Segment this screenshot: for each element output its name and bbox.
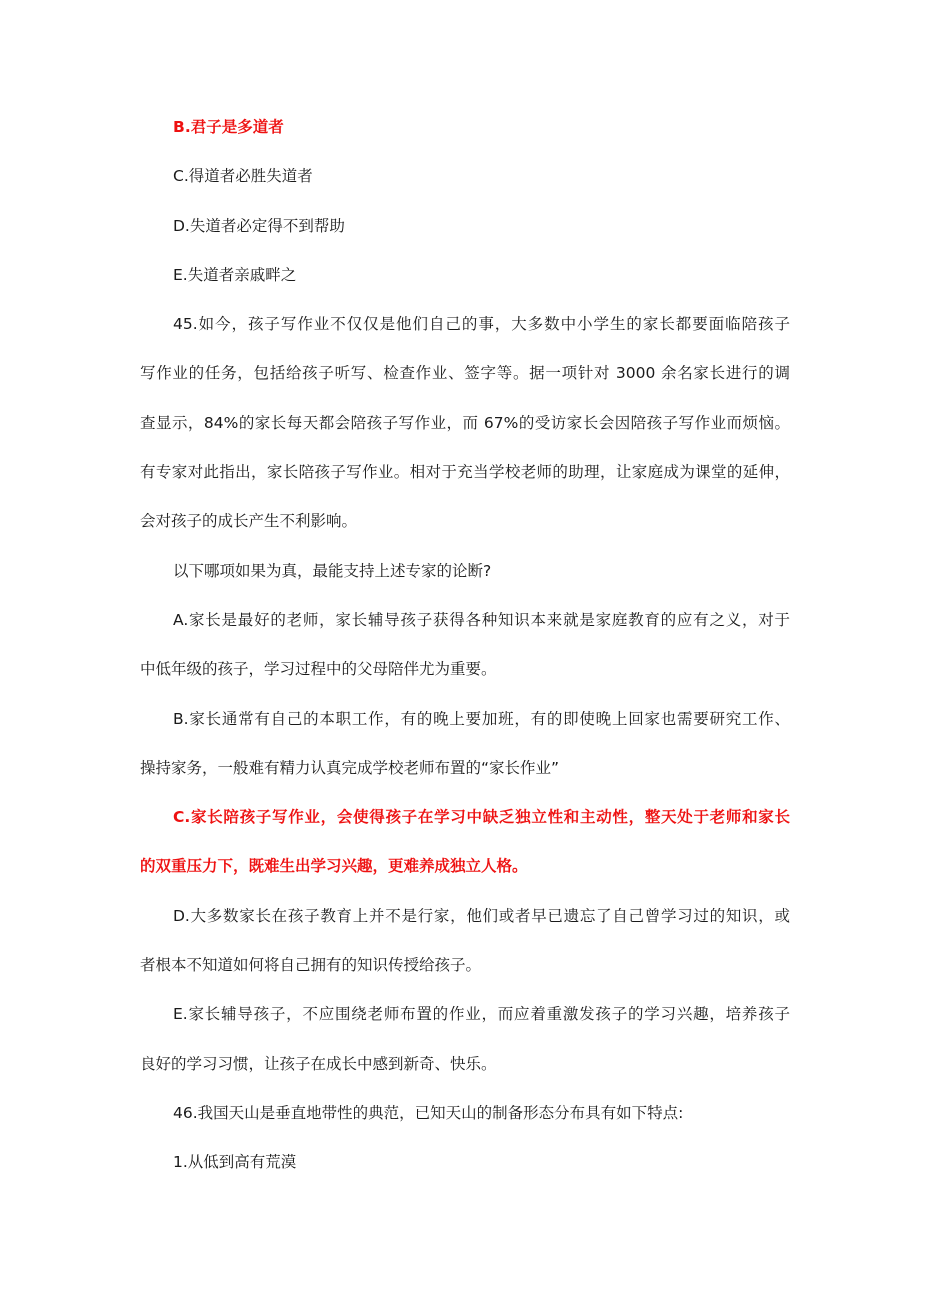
document-page: B.君子是多道者 C.得道者必胜失道者 D.失道者必定得不到帮助 E.失道者亲戚… (140, 103, 790, 1188)
q45-option-b-line-2: 操持家务，一般难有精力认真完成学校老师布置的“家长作业” (140, 744, 790, 793)
q45-option-a-line-2: 中低年级的孩子，学习过程中的父母陪伴尤为重要。 (140, 645, 790, 694)
q45-stem-line-2: 写作业的任务，包括给孩子听写、检查作业、签字等。据一项针对 3000 余名家长进… (140, 349, 790, 398)
q44-option-e: E.失道者亲戚畔之 (140, 251, 790, 300)
q45-option-e-line-1: E.家长辅导孩子，不应围绕老师布置的作业，而应着重激发孩子的学习兴趣，培养孩子 (140, 990, 790, 1039)
q44-option-b-correct: B.君子是多道者 (140, 103, 790, 152)
q46-stem: 46.我国天山是垂直地带性的典范，已知天山的制备形态分布具有如下特点: (140, 1089, 790, 1138)
q45-option-d-line-2: 者根本不知道如何将自己拥有的知识传授给孩子。 (140, 941, 790, 990)
q45-option-b-line-1: B.家长通常有自己的本职工作，有的晚上要加班，有的即使晚上回家也需要研究工作、 (140, 695, 790, 744)
q44-option-d: D.失道者必定得不到帮助 (140, 202, 790, 251)
q45-question: 以下哪项如果为真，最能支持上述专家的论断? (140, 547, 790, 596)
q45-option-d-line-1: D.大多数家长在孩子教育上并不是行家，他们或者早已遗忘了自己曾学习过的知识，或 (140, 892, 790, 941)
q45-stem-line-5: 会对孩子的成长产生不利影响。 (140, 497, 790, 546)
q44-option-c: C.得道者必胜失道者 (140, 152, 790, 201)
q45-option-c-correct-line-2: 的双重压力下，既难生出学习兴趣，更难养成独立人格。 (140, 842, 790, 891)
q46-item-1: 1.从低到高有荒漠 (140, 1138, 790, 1187)
q45-option-a-line-1: A.家长是最好的老师，家长辅导孩子获得各种知识本来就是家庭教育的应有之义，对于 (140, 596, 790, 645)
q45-option-e-line-2: 良好的学习习惯，让孩子在成长中感到新奇、快乐。 (140, 1040, 790, 1089)
q45-stem-line-3: 查显示，84%的家长每天都会陪孩子写作业，而 67%的受访家长会因陪孩子写作业而… (140, 399, 790, 448)
q45-option-c-correct-line-1: C.家长陪孩子写作业，会使得孩子在学习中缺乏独立性和主动性，整天处于老师和家长 (140, 793, 790, 842)
q45-stem-line-4: 有专家对此指出，家长陪孩子写作业。相对于充当学校老师的助理，让家庭成为课堂的延伸… (140, 448, 790, 497)
q45-stem-line-1: 45.如今，孩子写作业不仅仅是他们自己的事，大多数中小学生的家长都要面临陪孩子 (140, 300, 790, 349)
